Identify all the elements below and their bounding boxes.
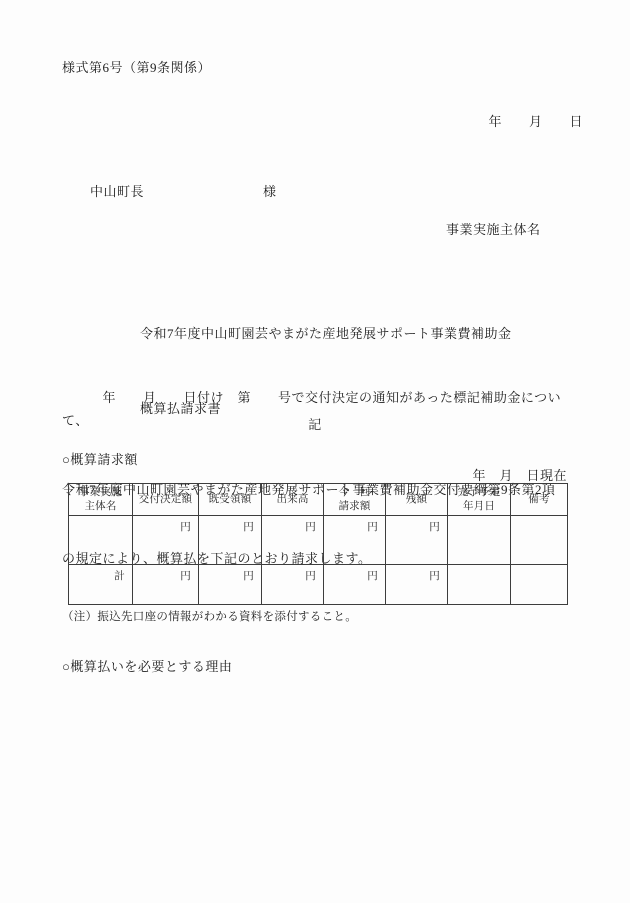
table-row: 円 円 円 円 円 xyxy=(69,516,568,565)
column-header-grant-decision-amount: 交付決定額 xyxy=(133,484,199,516)
column-header-completion-date: 完了予定 年月日 xyxy=(448,484,511,516)
honorific-label: 様 xyxy=(263,184,277,199)
applicant-name-label: 事業実施主体名 xyxy=(446,219,541,238)
column-header-balance: 残額 xyxy=(386,484,448,516)
addressee-name: 中山町長 xyxy=(90,184,144,199)
column-header-current-request-amount: 今 回 請求額 xyxy=(324,484,386,516)
cell-total-remarks xyxy=(511,565,568,605)
table-header-row: 事業実施 主体名 交付決定額 既受領額 出来高 今 回 請求額 残額 完了予定 … xyxy=(69,484,568,516)
record-marker: 記 xyxy=(62,414,568,433)
note-text: （注）振込先口座の情報がわかる資料を添付すること。 xyxy=(62,608,357,624)
column-header-received-amount: 既受領額 xyxy=(199,484,262,516)
date-line: 年 月 日 xyxy=(488,111,583,130)
cell-entity xyxy=(69,516,133,565)
cell-total-grant-decision-amount: 円 xyxy=(133,565,199,605)
cell-completion-date xyxy=(448,516,511,565)
column-header-remarks: 備考 xyxy=(511,484,568,516)
cell-total-completion-date xyxy=(448,565,511,605)
form-number-label: 様式第6号（第9条関係） xyxy=(62,57,211,76)
cell-total-current-request-amount: 円 xyxy=(324,565,386,605)
document-page: 様式第6号（第9条関係） 年 月 日 中山町長様 事業実施主体名 令和7年度中山… xyxy=(0,0,630,903)
as-of-date-label: 年 月 日現在 xyxy=(68,465,567,484)
cell-total-progress: 円 xyxy=(262,565,324,605)
column-header-entity: 事業実施 主体名 xyxy=(69,484,133,516)
column-header-progress: 出来高 xyxy=(262,484,324,516)
cell-total-balance: 円 xyxy=(386,565,448,605)
cell-balance: 円 xyxy=(386,516,448,565)
cell-received-amount: 円 xyxy=(199,516,262,565)
cell-total-label: 計 xyxy=(69,565,133,605)
table-total-row: 計 円 円 円 円 円 xyxy=(69,565,568,605)
request-amount-table: 事業実施 主体名 交付決定額 既受領額 出来高 今 回 請求額 残額 完了予定 … xyxy=(68,483,568,605)
cell-current-request-amount: 円 xyxy=(324,516,386,565)
cell-remarks xyxy=(511,516,568,565)
cell-total-received-amount: 円 xyxy=(199,565,262,605)
section-heading-reason: ○概算払いを必要とする理由 xyxy=(62,656,232,675)
cell-grant-decision-amount: 円 xyxy=(133,516,199,565)
addressee-line: 中山町長様 xyxy=(75,165,277,216)
cell-progress: 円 xyxy=(262,516,324,565)
